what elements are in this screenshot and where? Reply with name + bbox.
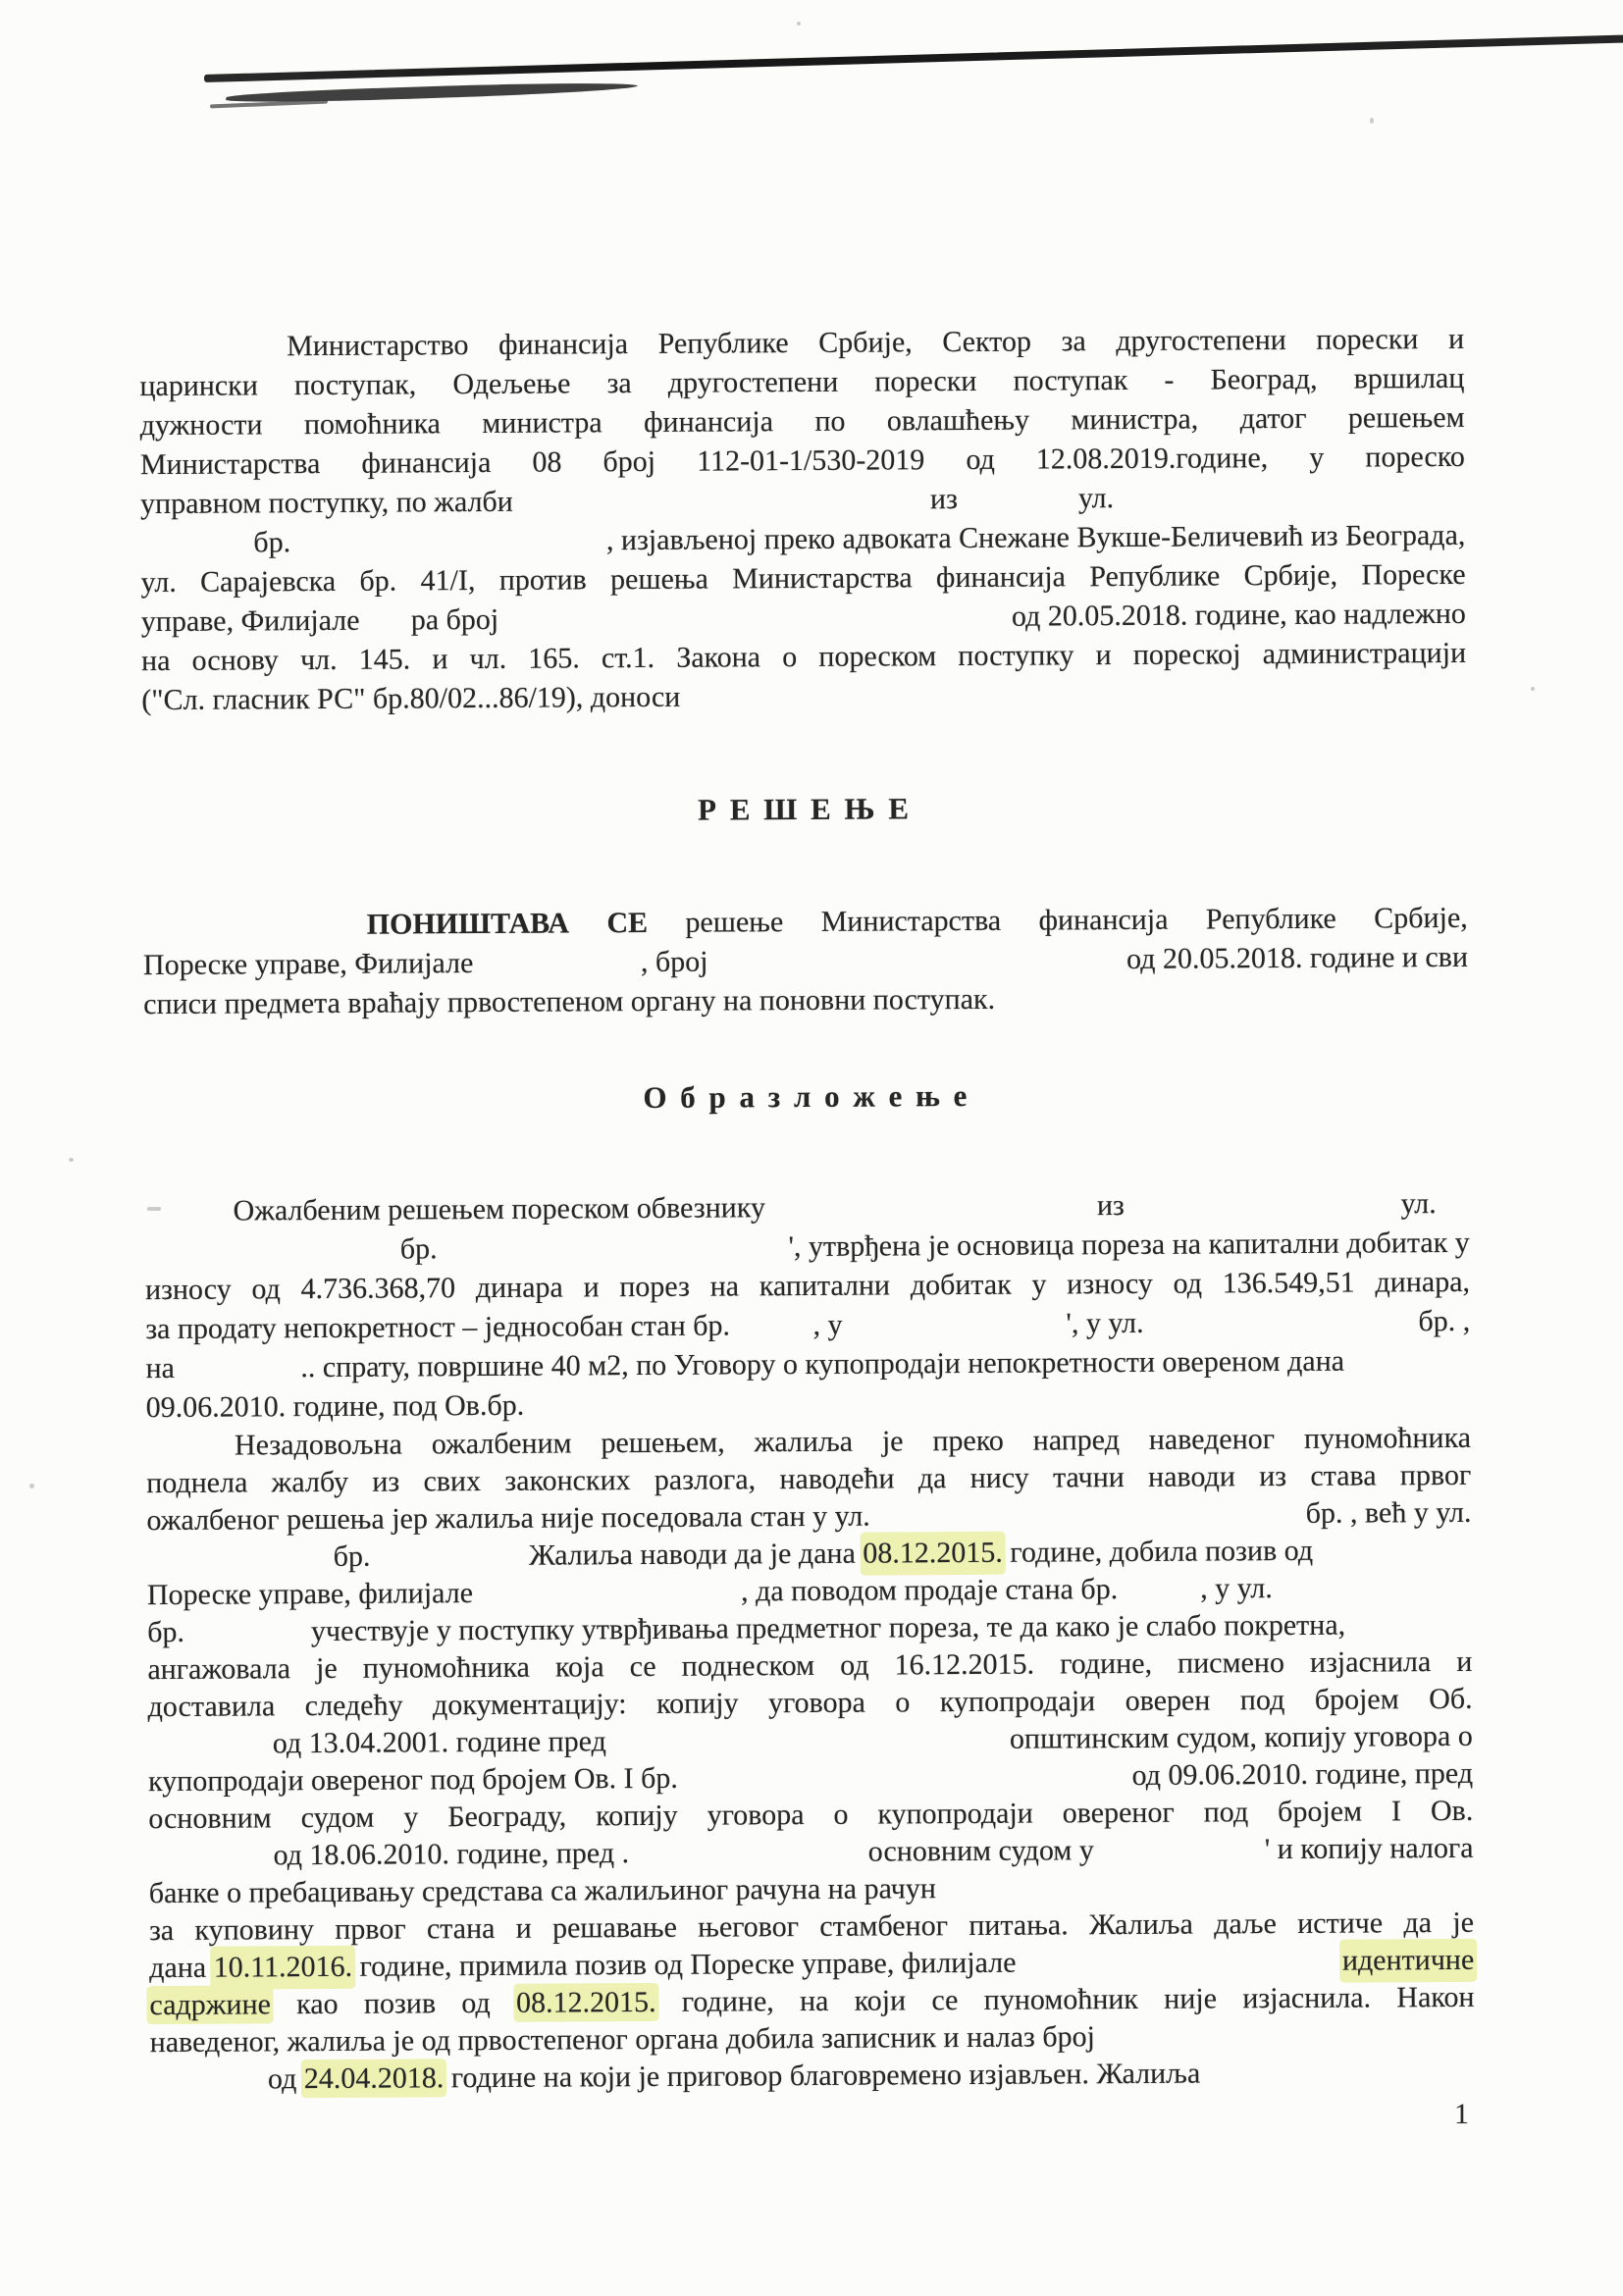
- document-text: Министарство финансија Републике Србије,…: [137, 0, 1475, 2099]
- text-segment: бр. , већ у ул.: [1306, 1494, 1472, 1533]
- text-segment: банке о пребацивању средстава са жалиљин…: [149, 1870, 936, 1912]
- text-segment: основним судом у: [868, 1832, 1094, 1870]
- scanned-document-page: { "page_number": "1", "document": { "blo…: [0, 0, 1623, 2296]
- page-number: 1: [1454, 2098, 1469, 2131]
- text-segment: доставила следећу документацију: копију …: [148, 1683, 1473, 1723]
- bold-text: ПОНИШТАВА СЕ: [367, 907, 649, 941]
- paragraph: Незадовољна ожалбеним решењем, жалиља је…: [146, 1420, 1475, 2099]
- text-segment: ангажовала је пуномоћника која се поднес…: [147, 1645, 1472, 1686]
- redaction-gap: [1095, 2044, 1475, 2046]
- highlighted-text: 08.12.2015.: [516, 1986, 656, 2019]
- text-segment: на основу чл. 145. и чл. 165. ст.1. Зако…: [141, 637, 1466, 677]
- text-segment: Незадовољна ожалбеним решењем, жалиља је…: [235, 1422, 1471, 1462]
- text-line: Пореске управе, Филијале, бројод 20.05.2…: [143, 938, 1468, 985]
- text-segment: од 09.06.2010. године, пред: [1131, 1755, 1473, 1795]
- text-segment: Жалиља наводи да је дана: [529, 1536, 864, 1575]
- text-segment: од: [268, 2062, 304, 2095]
- text-segment: купопродаји овереног под бројем Ов. I бр…: [148, 1760, 678, 1800]
- indent-spacer: [140, 551, 253, 552]
- document-sheet: Министарство финансија Републике Србије,…: [0, 0, 1623, 2296]
- redaction-gap: [1144, 1331, 1419, 1332]
- text-segment: на: [145, 1349, 175, 1388]
- text-segment: ' и копију налога: [1265, 1830, 1474, 1868]
- redaction-gap: [936, 1895, 1474, 1898]
- indent-spacer: [149, 1864, 274, 1865]
- text-segment: , да поводом продаје стана бр.: [741, 1571, 1118, 1610]
- text-segment: од 18.06.2010. године, пред .: [273, 1835, 629, 1874]
- redaction-gap: [438, 1256, 789, 1258]
- highlighted-text: идентичне: [1342, 1942, 1475, 1980]
- text-segment: , број: [641, 943, 708, 982]
- redaction-gap: [870, 1523, 1306, 1526]
- redaction-gap: [513, 508, 930, 511]
- text-segment: дужности помоћника министра финансија по…: [140, 401, 1465, 442]
- text-segment: општинским судом, копију уговора о: [1010, 1718, 1473, 1758]
- text-segment: списи предмета враћају првостепеном орга…: [143, 983, 995, 1020]
- highlighted-text: садржине: [149, 1988, 271, 2021]
- scan-speck: [29, 1484, 34, 1488]
- scan-speck: [1531, 687, 1535, 691]
- redaction-gap: [290, 549, 606, 551]
- redaction-gap: [730, 1334, 813, 1335]
- redaction-gap: [678, 1785, 1132, 1788]
- text-segment: године, примила позив од Пореске управе,…: [352, 1945, 1017, 1986]
- text-segment: Министарство финансија Републике Србије,…: [287, 323, 1464, 362]
- text-segment: бр. ,: [1418, 1302, 1470, 1341]
- text-segment: учествује у поступку утврђивања предметн…: [311, 1607, 1345, 1650]
- text-line: на.. спрату, површине 40 м2, по Уговору …: [145, 1341, 1470, 1388]
- redaction-gap: [371, 1565, 530, 1566]
- redaction-gap: [1118, 1598, 1200, 1599]
- text-segment: управе, Филијале: [141, 601, 360, 642]
- redaction-gap: [765, 1215, 1097, 1217]
- text-line: на основу чл. 145. и чл. 165. ст.1. Зако…: [141, 634, 1466, 681]
- text-segment: ул.: [1078, 479, 1114, 518]
- section-heading: О б р а з л о ж е њ е: [144, 1073, 1469, 1121]
- indent-spacer: [148, 1752, 273, 1753]
- text-segment: 09.06.2010. године, под Ов.бр.: [146, 1389, 525, 1424]
- text-segment: , у ул.: [1200, 1570, 1273, 1607]
- redaction-gap: [184, 1641, 311, 1642]
- text-segment: Ожалбеним решењем пореском обвезнику: [233, 1188, 765, 1230]
- text-segment: решење Министарства финансија Републике …: [648, 902, 1468, 939]
- redaction-gap: [1125, 1213, 1401, 1215]
- indent-spacer: [145, 1221, 234, 1222]
- text-segment: Министарства финансија 08 број 112-01-1/…: [140, 441, 1465, 481]
- text-segment: од 13.04.2001. године пред: [273, 1723, 606, 1762]
- text-segment: , изјављеној преко адвоката Снежане Вукш…: [606, 516, 1466, 560]
- scan-speck: [69, 1158, 74, 1162]
- text-segment: године, добила позив од: [1003, 1533, 1314, 1572]
- text-line: износу од 4.736.368,70 динара и порез на…: [145, 1263, 1470, 1310]
- redaction-gap: [629, 1861, 868, 1862]
- text-segment: бр.: [147, 1614, 184, 1651]
- redaction-gap: [1017, 1970, 1342, 1972]
- text-segment: из: [1097, 1186, 1125, 1226]
- paragraph: Ожалбеним решењем пореском обвезникуизул…: [144, 1184, 1470, 1428]
- redaction-gap: [606, 1748, 1010, 1751]
- redaction-gap: [1094, 1858, 1265, 1859]
- text-segment: ожалбеног решења јер жалиља није поседов…: [146, 1498, 870, 1540]
- redaction-gap: [958, 507, 1078, 508]
- redaction-gap: [1273, 1596, 1472, 1597]
- text-segment: као позив од: [271, 1987, 516, 2021]
- text-segment: из: [930, 480, 958, 519]
- paragraph: ПОНИШТАВА СЕ решење Министарства финанси…: [143, 899, 1469, 1024]
- redaction-gap: [498, 626, 1012, 629]
- text-line: списи предмета враћају првостепеном орга…: [143, 977, 1468, 1024]
- text-segment: основним судом у Београду, копију уговор…: [148, 1795, 1473, 1835]
- text-segment: године, на који се пуномоћник није изјас…: [655, 1981, 1474, 2018]
- redaction-gap: [175, 1377, 300, 1378]
- text-segment: ("Сл. гласник РС" бр.80/02...86/19), дон…: [141, 681, 680, 716]
- text-segment: ул.: [1400, 1184, 1436, 1224]
- indent-spacer: [147, 1566, 334, 1567]
- paragraph: Министарство финансија Републике Србије,…: [139, 320, 1466, 720]
- text-line: ("Сл. гласник РС" бр.80/02...86/19), дон…: [141, 673, 1466, 720]
- text-segment: бр.: [400, 1229, 438, 1269]
- text-segment: царински поступак, Одељење за другостепе…: [139, 362, 1464, 402]
- text-segment: поднела жалбу из свих законских разлога,…: [146, 1459, 1471, 1499]
- indent-spacer: [145, 1259, 400, 1261]
- text-segment: , у: [813, 1306, 843, 1345]
- text-segment: износу од 4.736.368,70 динара и порез на…: [145, 1266, 1470, 1306]
- text-segment: бр.: [253, 523, 290, 562]
- text-segment: ра број: [411, 600, 499, 641]
- text-segment: Пореске управе, филијале: [147, 1575, 473, 1614]
- text-segment: од 20.05.2018. године и сви: [1126, 938, 1468, 979]
- redaction-gap: [473, 1600, 741, 1602]
- text-segment: године на који је приговор благовремено …: [444, 2058, 1200, 2095]
- text-line: од 24.04.2018. године на који је пригово…: [150, 2054, 1475, 2099]
- redaction-gap: [473, 971, 641, 972]
- text-segment: управном поступку, по жалби: [140, 483, 513, 524]
- text-segment: од 20.05.2018. године, као надлежно: [1012, 595, 1466, 637]
- highlighted-text: 08.12.2015.: [863, 1535, 1003, 1573]
- redaction-gap: [1114, 505, 1465, 507]
- text-segment: за куповину првог стана и решавање његов…: [149, 1906, 1474, 1947]
- text-segment: наведеног, жалиља је од првостепеног орг…: [150, 2018, 1095, 2061]
- text-segment: Пореске управе, Филијале: [143, 944, 474, 985]
- text-segment: за продату непокретност – једнособан ста…: [145, 1306, 730, 1349]
- text-line: Министарства финансија 08 број 112-01-1/…: [140, 438, 1465, 485]
- section-heading: Р Е Ш Е Њ Е: [142, 786, 1467, 833]
- text-segment: ', утврђена је основица пореза на капита…: [788, 1224, 1469, 1267]
- text-segment: ул. Сарајевска бр. 41/I, против решења М…: [141, 558, 1466, 599]
- text-segment: дана: [149, 1950, 214, 1987]
- text-segment: бр.: [334, 1539, 371, 1576]
- highlighted-text: 24.04.2018.: [304, 2061, 445, 2095]
- redaction-gap: [843, 1332, 1067, 1333]
- redaction-gap: [708, 968, 1127, 971]
- text-segment: ', у ул.: [1066, 1304, 1143, 1343]
- highlighted-text: 10.11.2016.: [214, 1949, 353, 1987]
- text-segment: .. спрату, површине 40 м2, по Уговору о …: [300, 1342, 1344, 1387]
